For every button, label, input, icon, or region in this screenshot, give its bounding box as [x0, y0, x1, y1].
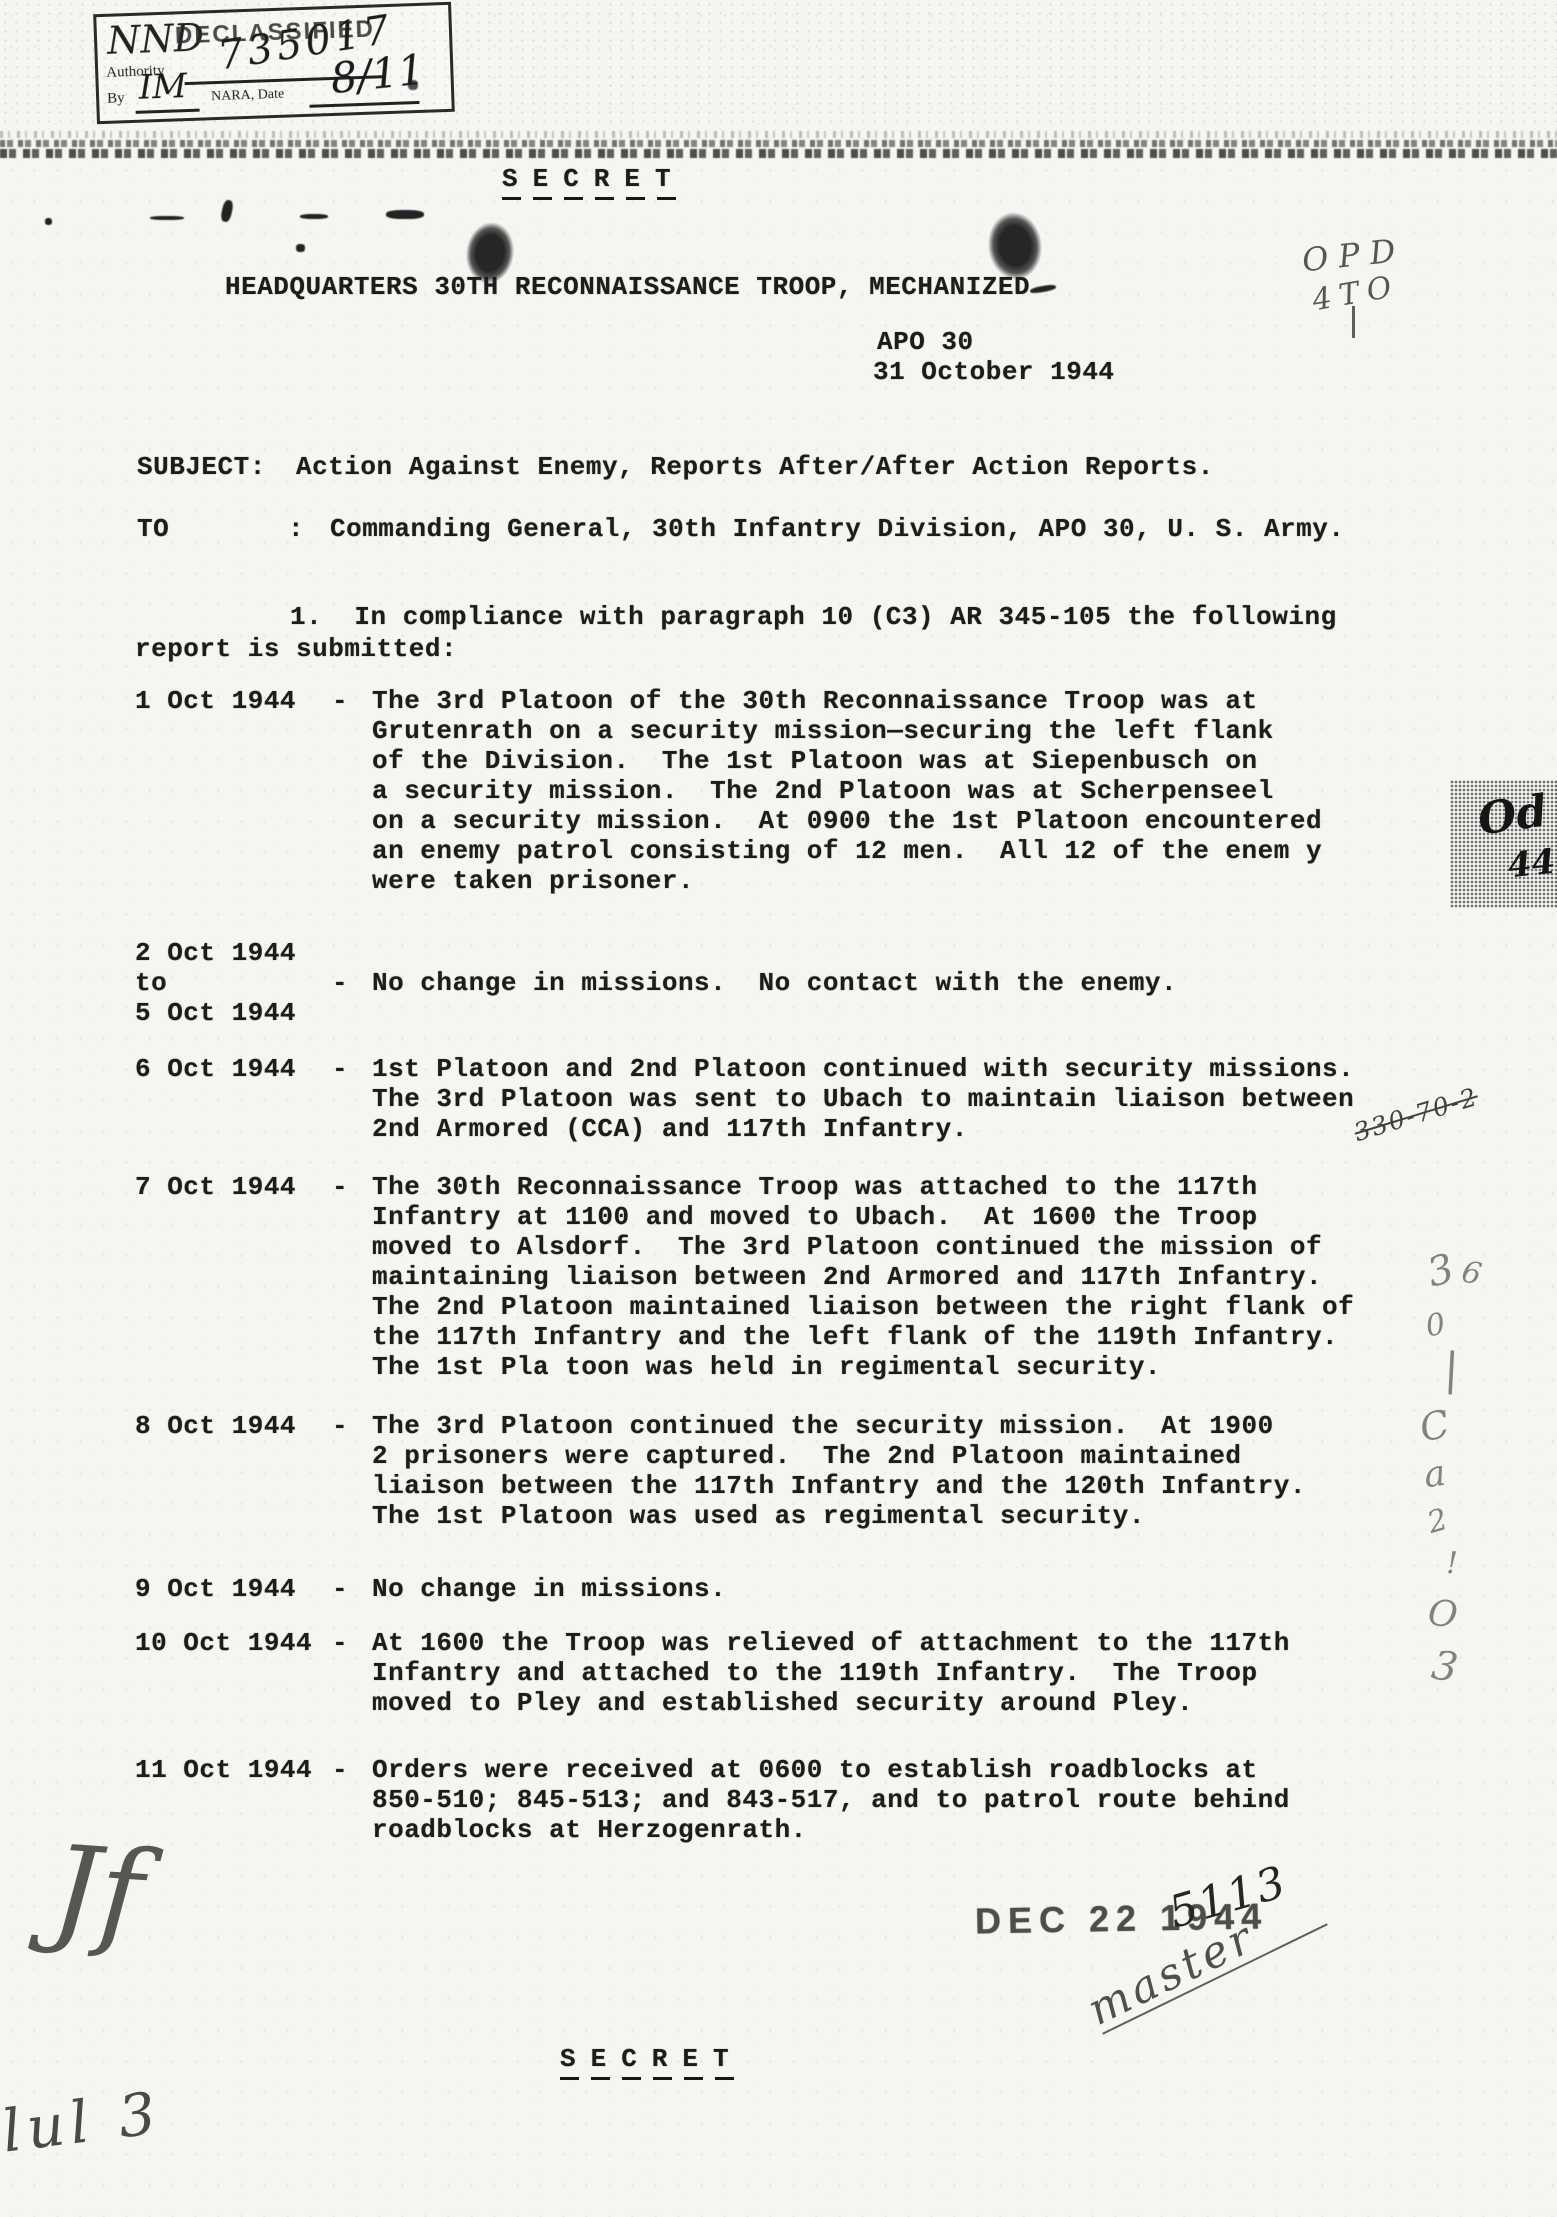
margin-glyph: 3	[1422, 1245, 1458, 1296]
margin-glyph: O	[1426, 1593, 1460, 1637]
margin-glyph: !	[1446, 1546, 1458, 1581]
entry-text: No change in missions. No contact with t…	[372, 968, 1177, 998]
handwritten-od: Od	[1475, 785, 1551, 845]
stamp-date-line	[309, 101, 419, 108]
entry-dash: -	[332, 1574, 348, 1604]
entry-date: 11 Oct 1944	[135, 1755, 312, 1785]
handwritten-bottom-mark: lul 3	[0, 2079, 165, 2166]
entry-date: 7 Oct 1944	[135, 1172, 296, 1202]
entry-dash: -	[332, 686, 348, 716]
entry-text: The 30th Reconnaissance Troop was attach…	[372, 1172, 1354, 1382]
entry-date: 1 Oct 1944	[135, 686, 296, 716]
entry-dash: -	[332, 1628, 348, 1658]
scan-noise-band	[0, 140, 1557, 147]
entry-dash: -	[332, 1755, 348, 1785]
entry-dash: -	[332, 1172, 348, 1202]
to-colon: :	[288, 514, 304, 544]
stamp-by-initials: IM	[138, 66, 188, 108]
apo-line: APO 30	[877, 327, 974, 357]
entry-dash: -	[332, 1054, 348, 1084]
oct-44-smudge-patch: Od 44	[1450, 780, 1557, 908]
ink-speck	[386, 210, 424, 219]
entry-date: 2 Oct 1944 to 5 Oct 1944	[135, 938, 296, 1028]
scan-noise-band	[0, 149, 1557, 158]
margin-handwriting-column: 3 6 0 | C a 2 ! O 3	[1398, 1248, 1538, 1728]
handwritten-44: 44	[1506, 842, 1557, 887]
classification-top: SECRET	[502, 164, 686, 200]
subject-text: Action Against Enemy, Reports After/Afte…	[296, 452, 1214, 482]
entry-text: At 1600 the Troop was relieved of attach…	[372, 1628, 1290, 1718]
ink-speck	[150, 216, 184, 220]
classification-bottom: SECRET	[560, 2044, 744, 2080]
margin-glyph: 3	[1429, 1642, 1461, 1691]
margin-glyph: 6	[1459, 1254, 1485, 1292]
margin-glyph: 0	[1423, 1307, 1448, 1345]
to-label: TO	[137, 514, 169, 544]
ink-speck	[45, 218, 52, 225]
paragraph-1-line-2: report is submitted:	[135, 634, 457, 664]
stamp-date-value: 8/11	[328, 45, 427, 104]
handwritten-scribble: 330-70-2	[1351, 1082, 1482, 1147]
entry-dash: -	[332, 968, 348, 998]
margin-glyph: C	[1416, 1401, 1454, 1450]
entry-date: 10 Oct 1944	[135, 1628, 312, 1658]
to-text: Commanding General, 30th Infantry Divisi…	[330, 514, 1344, 544]
margin-glyph: a	[1421, 1453, 1448, 1497]
entry-date: 8 Oct 1944	[135, 1411, 296, 1441]
paragraph-1-line-1: 1. In compliance with paragraph 10 (C3) …	[290, 602, 1337, 632]
date-line: 31 October 1944	[873, 357, 1115, 387]
entry-dash: -	[332, 1411, 348, 1441]
entry-date: 6 Oct 1944	[135, 1054, 296, 1084]
entry-date: 9 Oct 1944	[135, 1574, 296, 1604]
ink-speck	[300, 214, 328, 219]
subject-label: SUBJECT:	[137, 452, 266, 482]
entry-text: Orders were received at 0600 to establis…	[372, 1755, 1290, 1845]
ink-speck	[296, 244, 305, 252]
entry-text: The 3rd Platoon of the 30th Reconnaissan…	[372, 686, 1322, 896]
entry-text: No change in missions.	[372, 1574, 726, 1604]
scanned-document-page: NND DECLASSIFIED 735017 Authority By IM …	[0, 0, 1557, 2217]
handwritten-initials: Jf	[47, 1819, 147, 1963]
handwritten-tick	[1352, 306, 1355, 338]
margin-glyph: |	[1443, 1344, 1460, 1396]
declassified-stamp: NND DECLASSIFIED 735017 Authority By IM …	[93, 2, 455, 124]
unit-heading: HEADQUARTERS 30TH RECONNAISSANCE TROOP, …	[225, 272, 1030, 302]
stamp-by-line	[136, 109, 200, 114]
entry-text: The 3rd Platoon continued the security m…	[372, 1411, 1306, 1531]
stamp-nara-label: NARA, Date	[211, 87, 285, 106]
margin-glyph: 2	[1424, 1502, 1452, 1541]
scan-noise-band	[0, 131, 1557, 138]
ink-speck	[1030, 284, 1057, 294]
ink-speck	[220, 199, 234, 223]
stamp-by-label: By	[107, 90, 125, 108]
entry-text: 1st Platoon and 2nd Platoon continued wi…	[372, 1054, 1354, 1144]
